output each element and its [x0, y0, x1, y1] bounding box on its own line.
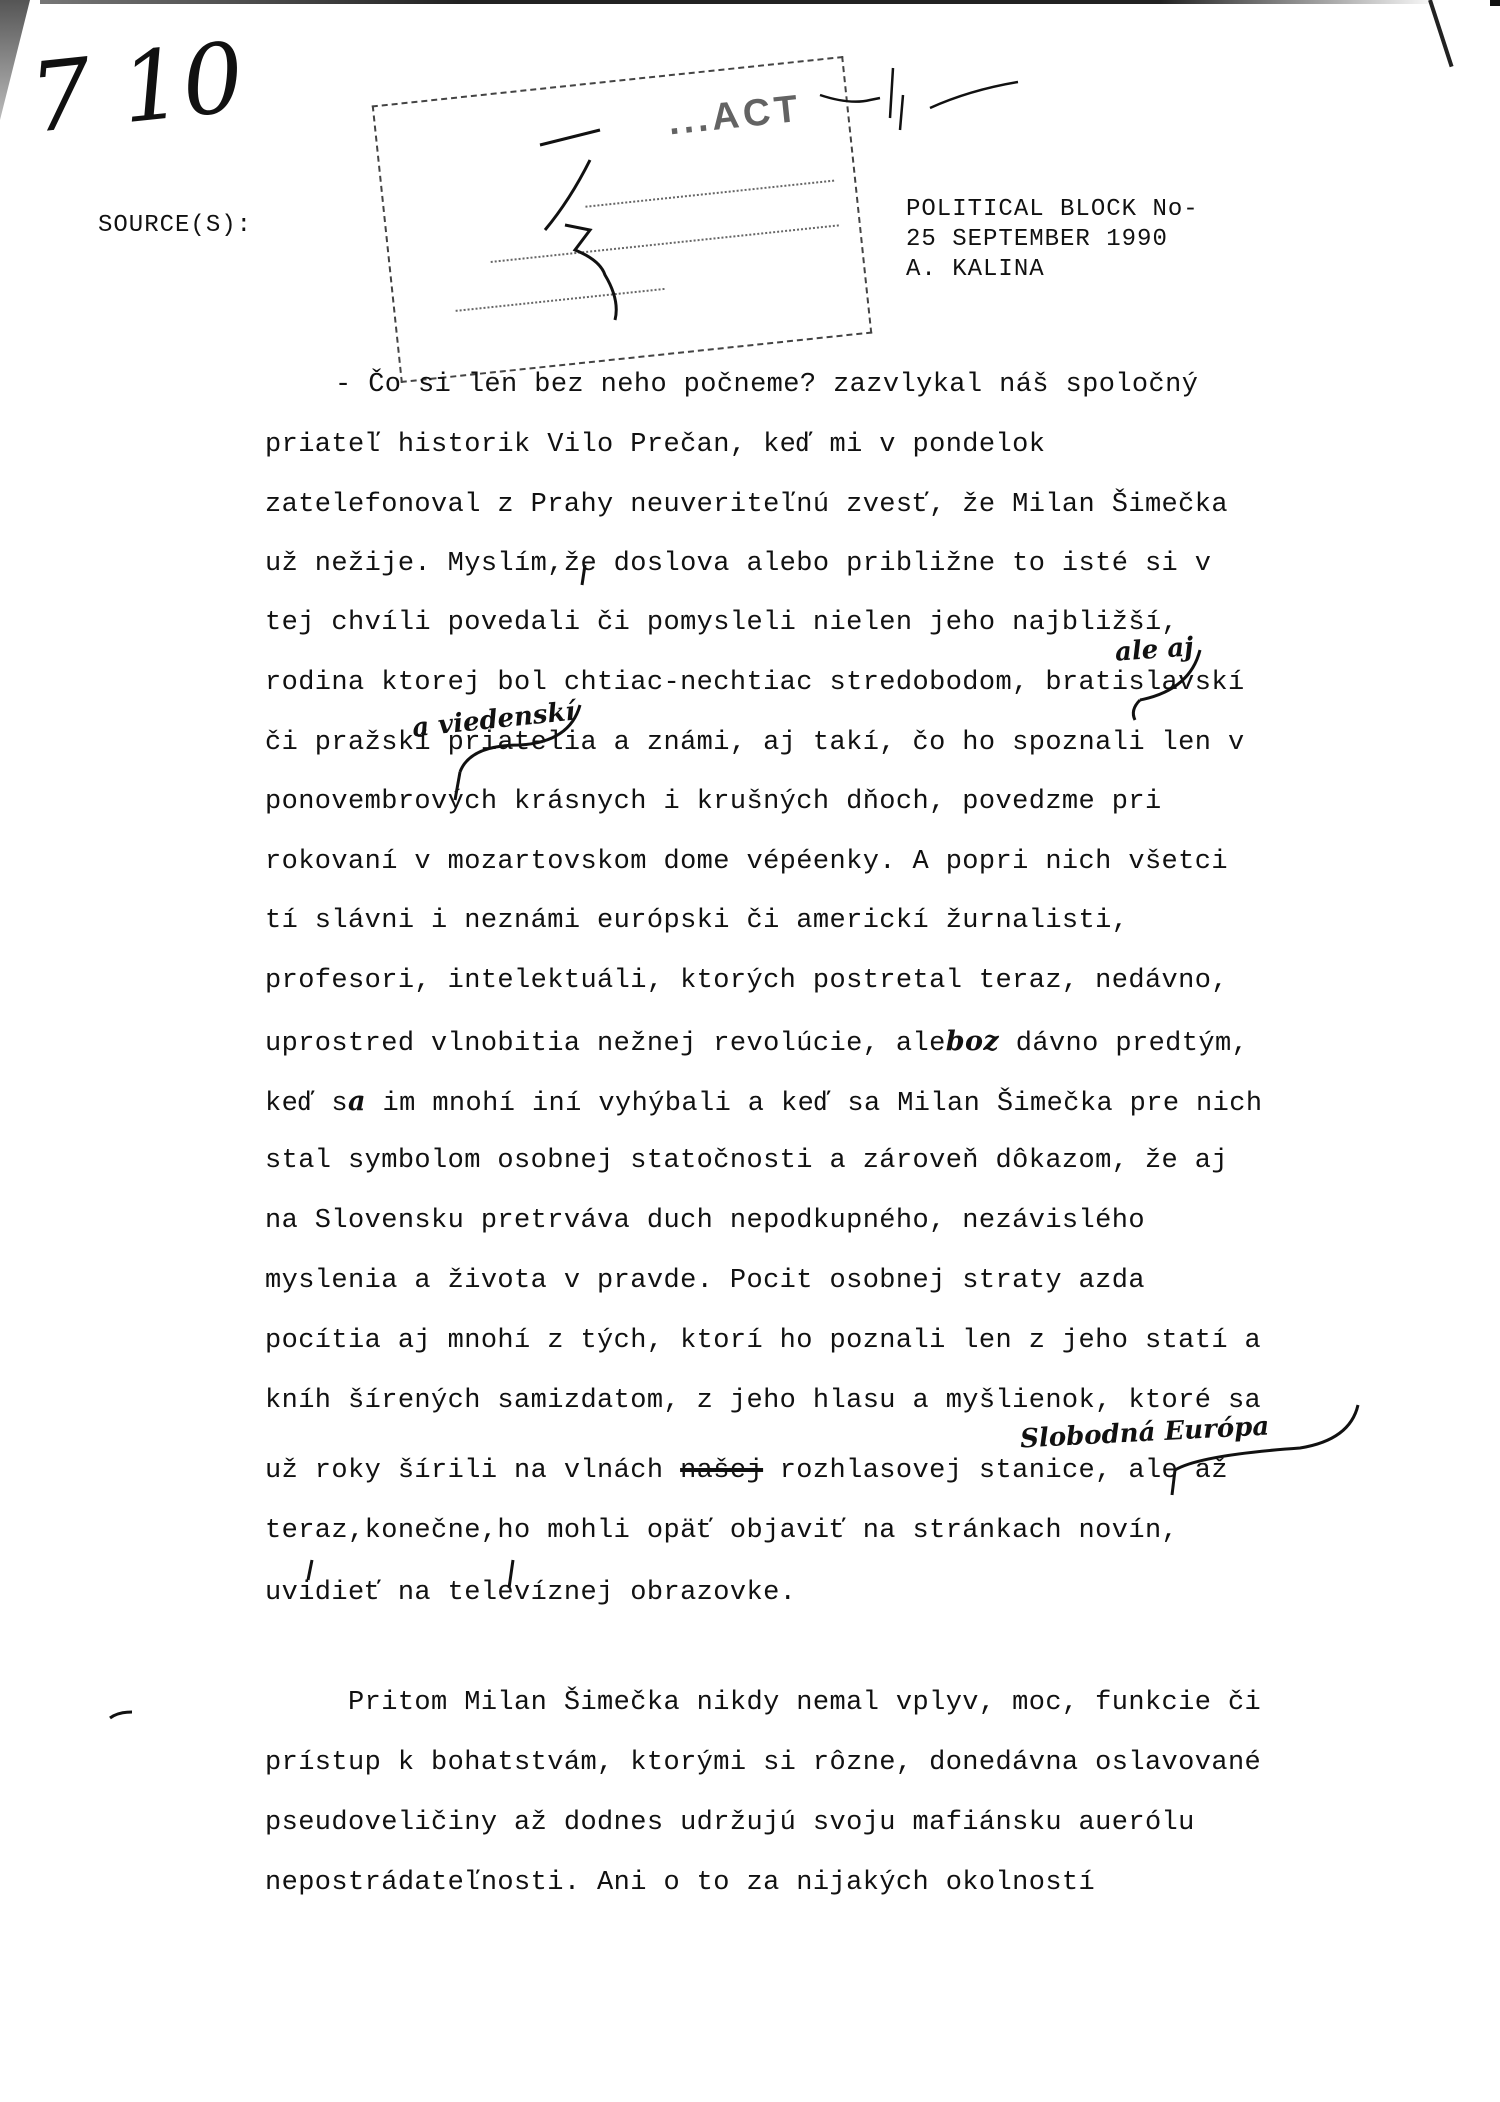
document-page: 7 10 SOURCE(S): ...ACT POLITICAL BLOCK N…	[0, 0, 1500, 2102]
handwritten-insertion-marks	[0, 0, 1500, 2102]
